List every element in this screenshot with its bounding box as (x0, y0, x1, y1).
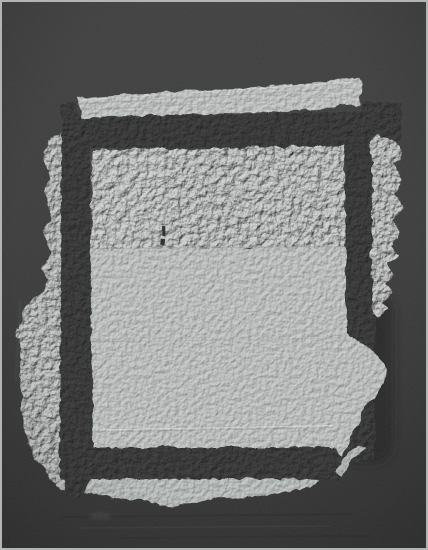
artwork-photo (0, 0, 428, 550)
collage-canvas (0, 0, 428, 550)
photo-grain-overlay (0, 0, 428, 550)
